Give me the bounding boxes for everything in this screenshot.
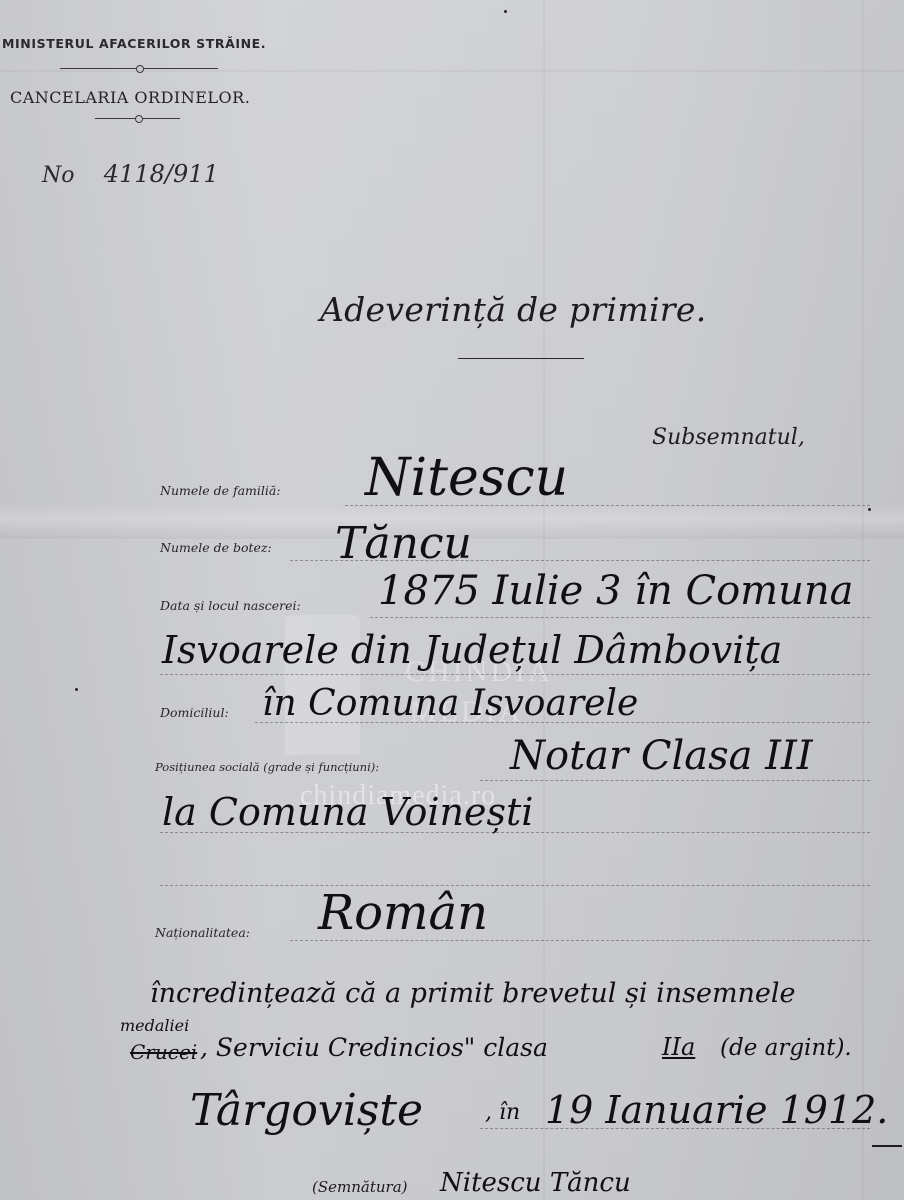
birth-value-continuation: Isvoarele din Județul Dâmbovița — [162, 628, 782, 672]
document-paper: CHINDIA MEDIA chindiamedia.ro MINISTERUL… — [0, 0, 904, 1200]
social-position-label: Posițiunea socială (grade și funcțiuni): — [155, 760, 379, 774]
form-line — [480, 1128, 870, 1129]
ornament-divider — [60, 68, 218, 69]
place-value: Târgoviște — [190, 1085, 423, 1136]
nationality-value: Român — [318, 885, 488, 941]
chancellery-heading: CANCELARIA ORDINELOR. — [10, 88, 250, 107]
form-line — [480, 780, 870, 781]
number-value: 4118/911 — [104, 160, 219, 188]
signature-label: (Semnătura) — [312, 1178, 408, 1196]
statement-struck-word: Crucei — [130, 1040, 197, 1064]
ink-dot — [504, 10, 507, 13]
social-position-continuation: la Comuna Voinești — [162, 790, 533, 834]
residence-label: Domiciliul: — [160, 705, 229, 720]
ornament-divider — [95, 118, 180, 119]
birth-value: 1875 Iulie 3 în Comuna — [378, 568, 853, 614]
paper-fold-vertical-right — [862, 0, 864, 1200]
social-position-value: Notar Clasa III — [510, 733, 813, 779]
statement-insertion: medaliei — [120, 1016, 189, 1035]
place-date-connector: , în — [485, 1100, 520, 1125]
medal-class-note: (de argint). — [720, 1035, 852, 1061]
medal-class-value: IIa — [662, 1033, 695, 1061]
nationality-label: Naționalitatea: — [155, 925, 250, 940]
form-line — [370, 617, 870, 618]
ministry-heading: MINISTERUL AFACERILOR STRĂINE. — [2, 36, 266, 51]
family-name-value: Nitescu — [365, 448, 568, 508]
given-name-value: Tăncu — [335, 518, 472, 569]
signature-value: Nitescu Tăncu — [440, 1168, 631, 1198]
birth-label: Data și locul nascerei: — [160, 598, 301, 613]
registration-number: No 4118/911 — [42, 160, 219, 188]
statement-line-2: , Serviciu Credincios" clasa — [200, 1033, 548, 1062]
family-name-label: Numele de familiă: — [160, 483, 281, 498]
form-line — [160, 885, 870, 886]
document-title: Adeverință de primire. — [320, 290, 707, 329]
date-value: 19 Ianuarie 1912. — [545, 1088, 888, 1132]
dash-mark — [872, 1145, 902, 1147]
ink-dot — [868, 508, 871, 511]
intro-word: Subsemnatul, — [652, 425, 805, 450]
form-line — [160, 674, 870, 675]
number-label: No — [42, 163, 75, 188]
statement-line-1: încredințează că a primit brevetul și in… — [150, 978, 796, 1009]
residence-value: în Comuna Isvoarele — [262, 683, 638, 724]
ink-dot — [75, 688, 78, 691]
given-name-label: Numele de botez: — [160, 540, 272, 555]
title-underline — [458, 358, 584, 359]
